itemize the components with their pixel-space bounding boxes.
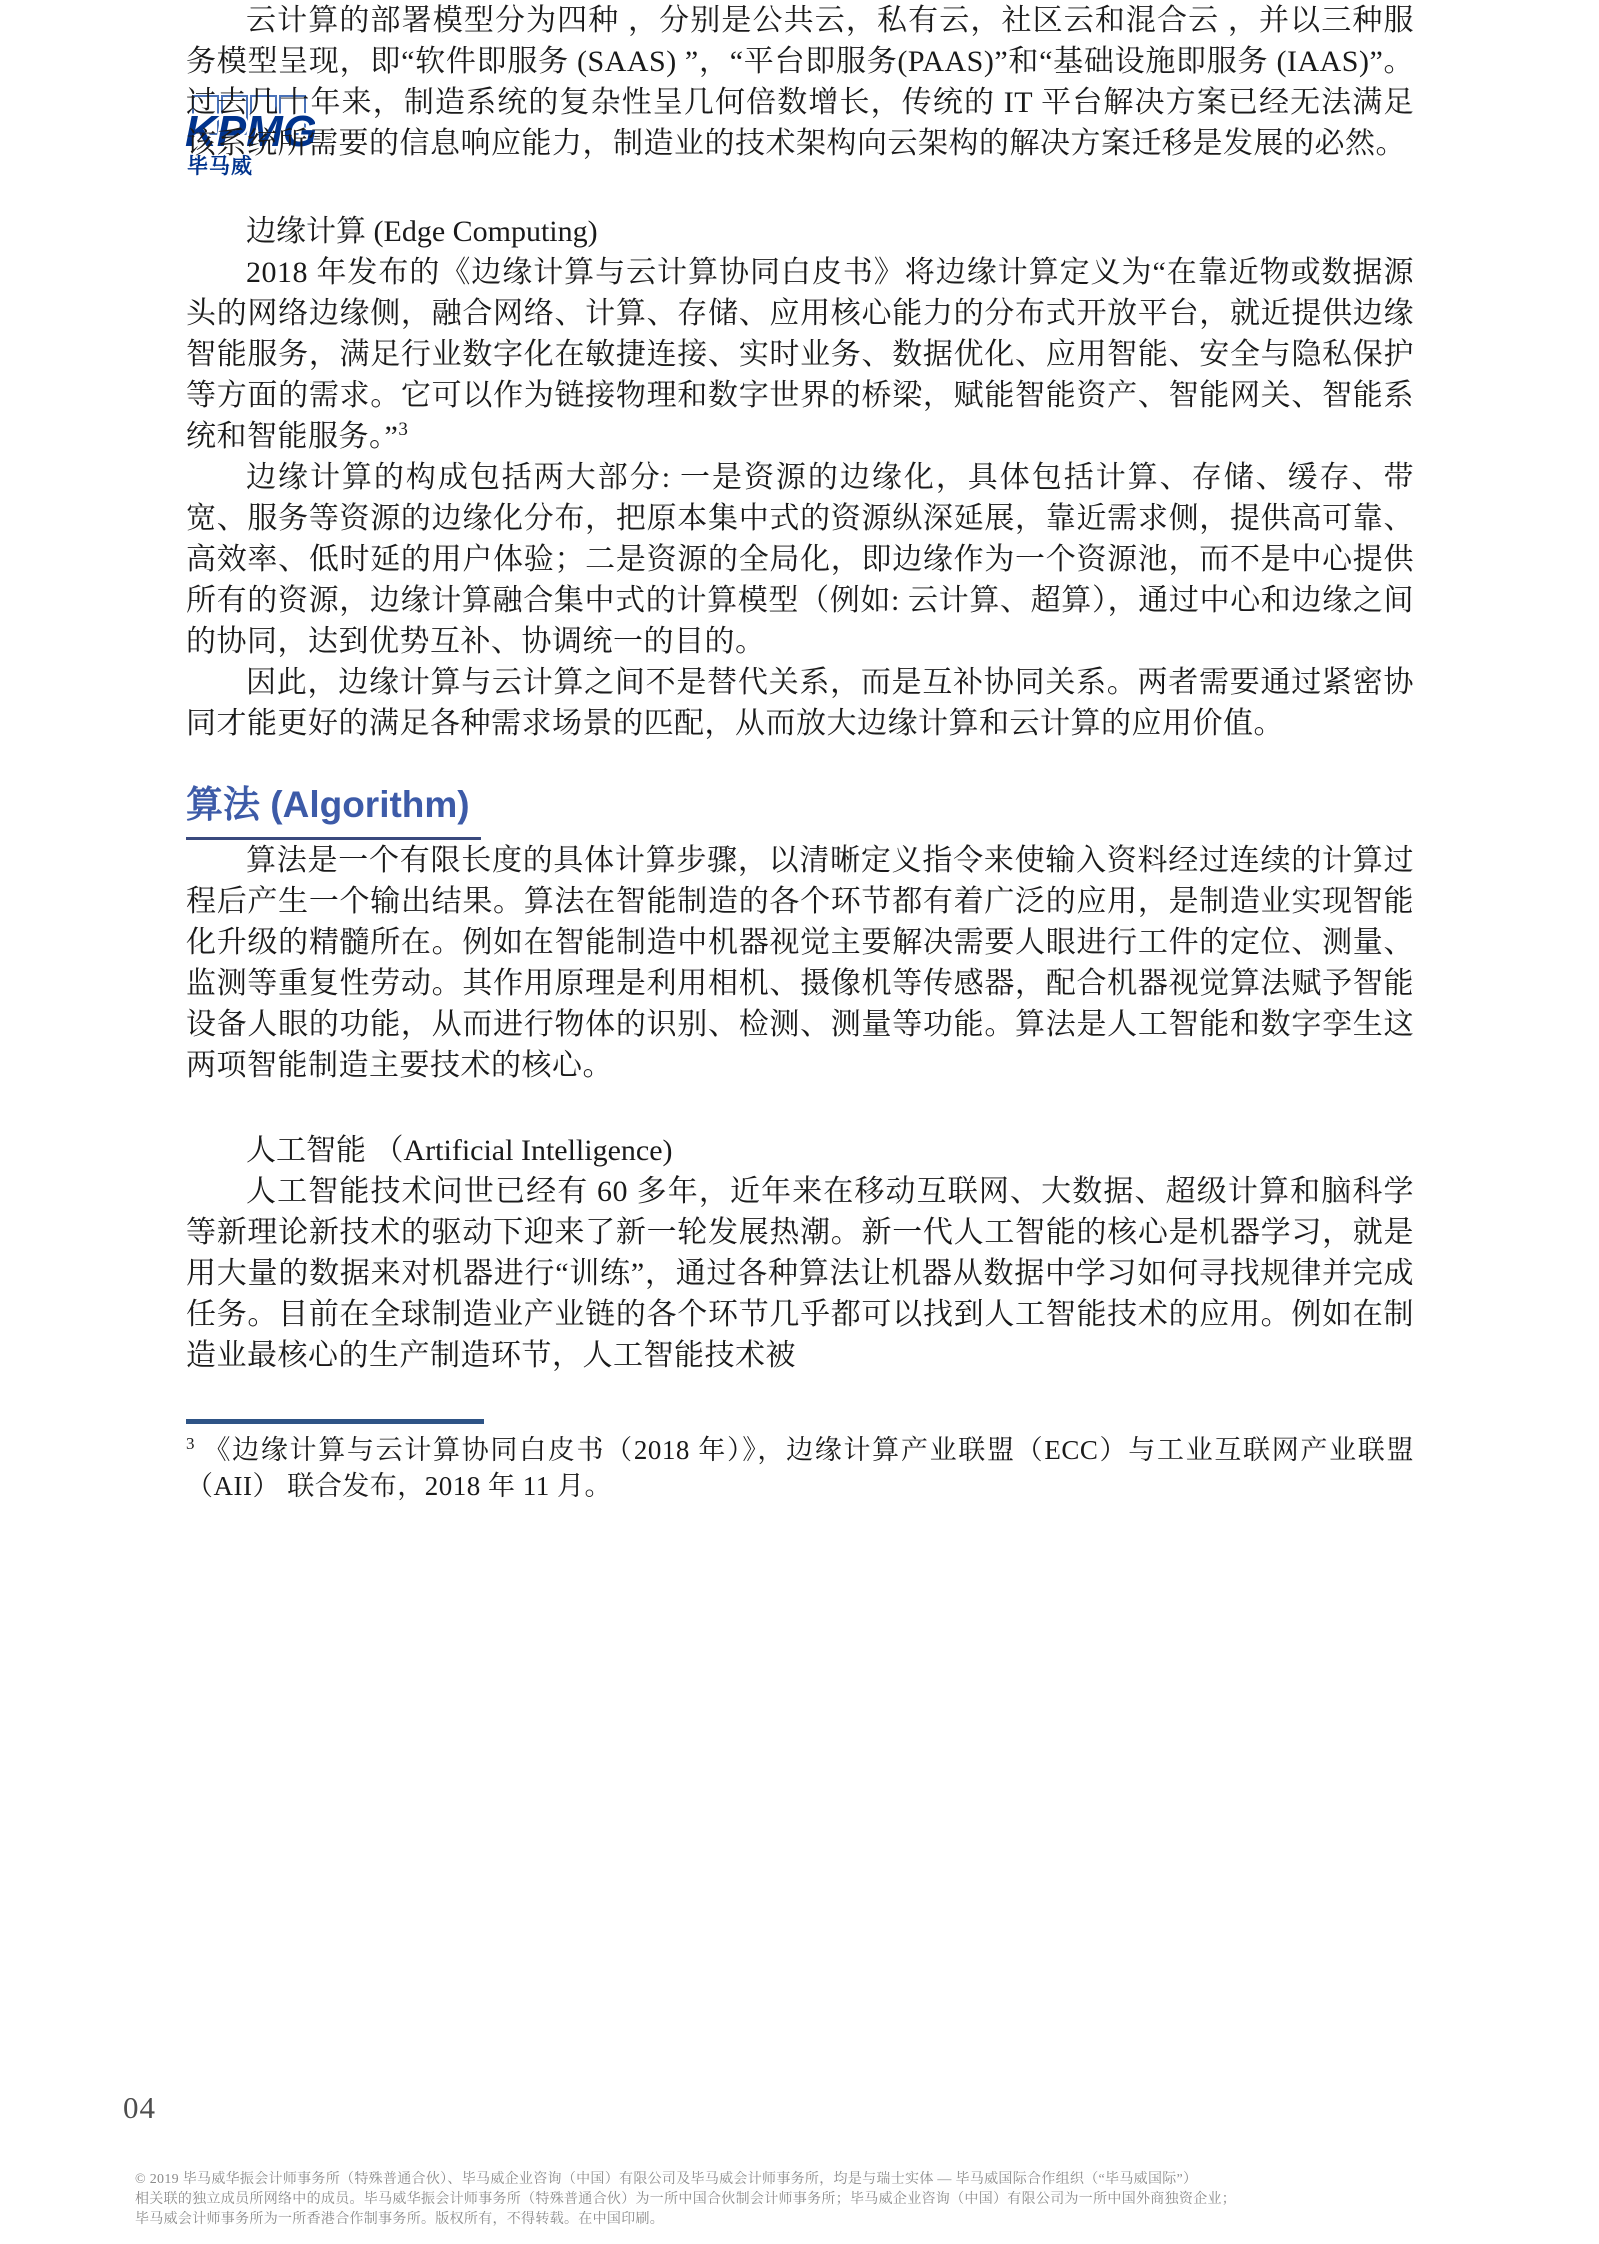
document-page: KPMG 毕马威 云计算的部署模型分为四种 ，分别是公共云，私有云，社区云和混合…: [0, 0, 1599, 2244]
footer-line-2: 相关联的独立成员所网络中的成员。毕马威华振会计师事务所（特殊普通合伙）为一所中国…: [135, 2190, 1495, 2210]
subheading-edge-computing: 边缘计算 (Edge Computing): [186, 211, 1414, 252]
subheading-artificial-intelligence: 人工智能 （Artificial Intelligence): [186, 1130, 1414, 1171]
paragraph-artificial-intelligence: 人工智能技术问世已经有 60 多年，近年来在移动互联网、大数据、超级计算和脑科学…: [186, 1171, 1414, 1376]
main-text-column: 云计算的部署模型分为四种 ，分别是公共云，私有云，社区云和混合云 ，并以三种服务…: [186, 0, 1414, 1504]
paragraph-edge-cloud-relation: 因此，边缘计算与云计算之间不是替代关系，而是互补协同关系。两者需要通过紧密协同才…: [186, 662, 1414, 744]
paragraph-edge-definition: 2018 年发布的《边缘计算与云计算协同白皮书》将边缘计算定义为“在靠近物或数据…: [186, 252, 1414, 457]
footer-legal: © 2019 毕马威华振会计师事务所（特殊普通合伙）、毕马威企业咨询（中国）有限…: [135, 2170, 1495, 2230]
page-number: 04: [123, 2090, 156, 2126]
footer-line-1: © 2019 毕马威华振会计师事务所（特殊普通合伙）、毕马威企业咨询（中国）有限…: [135, 2170, 1495, 2190]
footnote-separator-rule: [186, 1419, 484, 1424]
footnote-reference-3: 3: [398, 419, 408, 440]
footnote: 3 《边缘计算与云计算协同白皮书（2018 年）》，边缘计算产业联盟（ECC）与…: [186, 1432, 1414, 1504]
paragraph-algorithm: 算法是一个有限长度的具体计算步骤，以清晰定义指令来使输入资料经过连续的计算过程后…: [186, 840, 1414, 1086]
section-heading-algorithm: 算法 (Algorithm): [186, 782, 481, 840]
footnote-text: 《边缘计算与云计算协同白皮书（2018 年）》，边缘计算产业联盟（ECC）与工业…: [186, 1435, 1414, 1501]
paragraph-edge-definition-text: 2018 年发布的《边缘计算与云计算协同白皮书》将边缘计算定义为“在靠近物或数据…: [186, 256, 1414, 453]
footnote-marker: 3: [186, 1434, 195, 1453]
paragraph-edge-composition: 边缘计算的构成包括两大部分: 一是资源的边缘化，具体包括计算、存储、缓存、带宽、…: [186, 457, 1414, 662]
footer-line-3: 毕马威会计师事务所为一所香港合作制事务所。版权所有，不得转载。在中国印刷。: [135, 2210, 1495, 2230]
paragraph-cloud-deployment: 云计算的部署模型分为四种 ，分别是公共云，私有云，社区云和混合云 ，并以三种服务…: [186, 0, 1414, 164]
